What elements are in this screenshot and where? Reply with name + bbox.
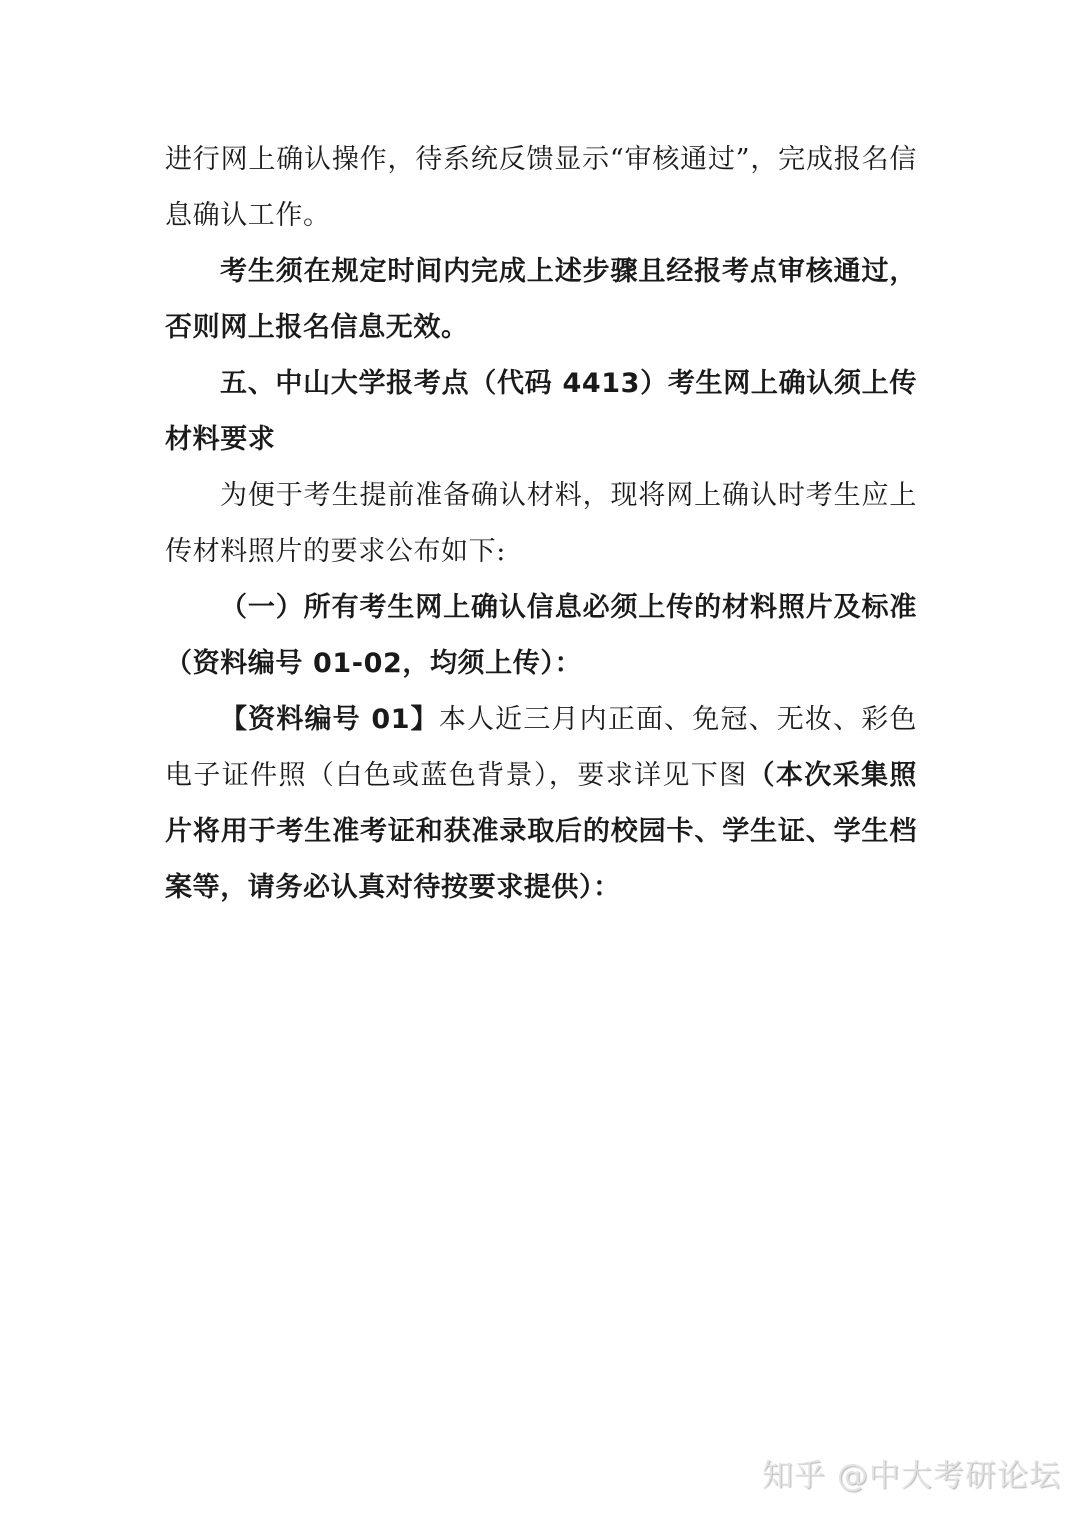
paragraph-deadline-warning: 考生须在规定时间内完成上述步骤且经报考点审核通过，否则网上报名信息无效。	[165, 244, 917, 356]
subheading-required-materials: （一）所有考生网上确认信息必须上传的材料照片及标准（资料编号 01-02，均须上…	[165, 580, 917, 692]
paragraph-material-01: 【资料编号 01】本人近三月内正面、免冠、无妆、彩色电子证件照（白色或蓝色背景）…	[165, 692, 917, 916]
zhihu-watermark: 知乎 @中大考研论坛	[762, 1450, 1061, 1495]
material-label: 【资料编号 01】	[220, 704, 439, 735]
document-page: 进行网上确认操作，待系统反馈显示“审核通过”，完成报名信息确认工作。 考生须在规…	[165, 132, 917, 916]
paragraph-intro: 为便于考生提前准备确认材料，现将网上确认时考生应上传材料照片的要求公布如下:	[165, 468, 917, 580]
section-heading-5: 五、中山大学报考点（代码 4413）考生网上确认须上传材料要求	[165, 356, 917, 468]
paragraph-confirmation-step: 进行网上确认操作，待系统反馈显示“审核通过”，完成报名信息确认工作。	[165, 132, 917, 244]
